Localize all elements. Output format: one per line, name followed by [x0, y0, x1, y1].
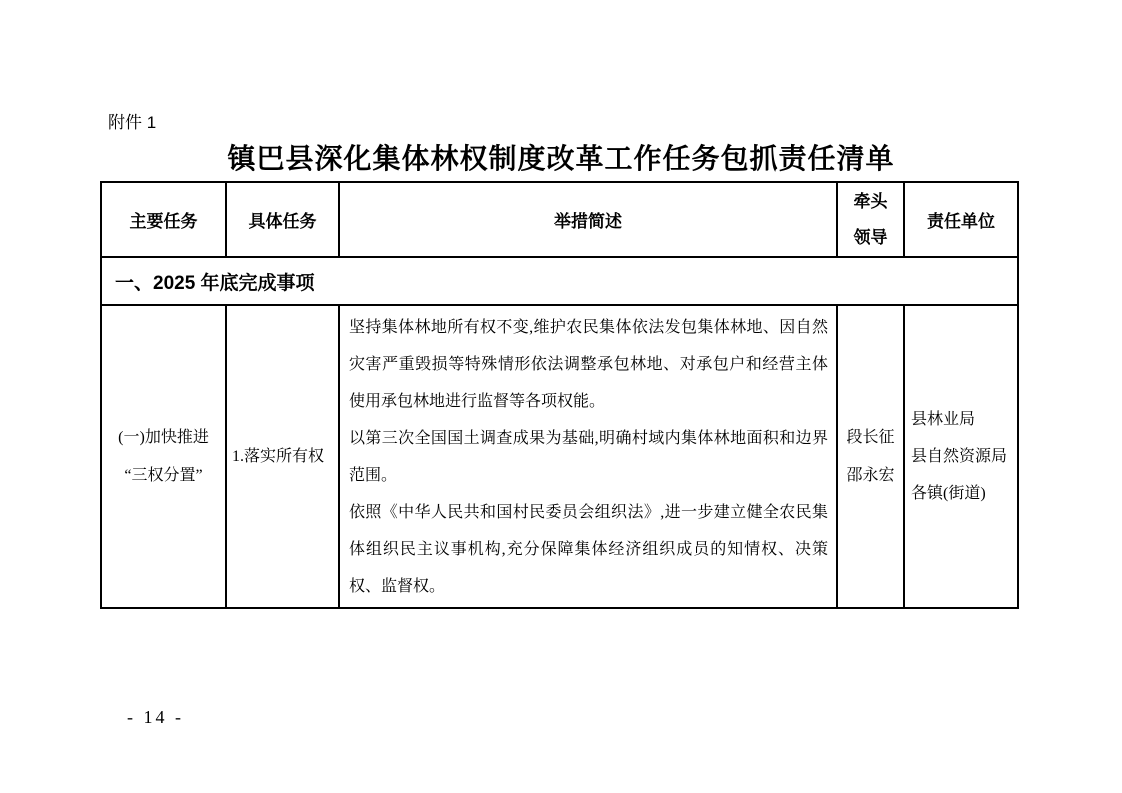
main-task-cell: (一)加快推进 “三权分置” [101, 305, 226, 608]
main-task-line2: “三权分置” [104, 457, 223, 495]
specific-task-cell: 1.落实所有权 [226, 305, 339, 608]
lead-leader-cell: 段长征 邵永宏 [837, 305, 904, 608]
measures-cell: 坚持集体林地所有权不变,维护农民集体依法发包集体林地、因自然灾害严重毁损等特殊情… [339, 305, 837, 608]
section-title: 一、2025 年底完成事项 [101, 257, 1018, 305]
measure-paragraph-3: 依照《中华人民共和国村民委员会组织法》,进一步建立健全农民集体组织民主议事机构,… [349, 494, 828, 605]
lead-leader-name-2: 邵永宏 [838, 457, 903, 495]
table-header-row: 主要任务 具体任务 举措简述 牵头 领导 责任单位 [101, 182, 1018, 257]
lead-leader-name-1: 段长征 [838, 419, 903, 457]
column-header-specific-task: 具体任务 [226, 182, 339, 257]
column-header-main-task: 主要任务 [101, 182, 226, 257]
responsible-unit-2: 县自然资源局 [911, 438, 1015, 475]
column-header-measures: 举措简述 [339, 182, 837, 257]
responsible-unit-1: 县林业局 [911, 401, 1015, 438]
measure-paragraph-1: 坚持集体林地所有权不变,维护农民集体依法发包集体林地、因自然灾害严重毁损等特殊情… [349, 309, 828, 420]
section-row: 一、2025 年底完成事项 [101, 257, 1018, 305]
task-table: 主要任务 具体任务 举措简述 牵头 领导 责任单位 一、2025 年底完成事项 … [100, 181, 1019, 609]
task-row: (一)加快推进 “三权分置” 1.落实所有权 坚持集体林地所有权不变,维护农民集… [101, 305, 1018, 608]
column-header-responsible-unit: 责任单位 [904, 182, 1018, 257]
attachment-label: 附件 1 [108, 111, 156, 135]
page-number: - 14 - [127, 707, 184, 728]
lead-leader-header-line1: 牵头 [838, 184, 903, 220]
column-header-lead-leader: 牵头 领导 [837, 182, 904, 257]
document-page: 附件 1 镇巴县深化集体林权制度改革工作任务包抓责任清单 主要任务 具体任务 举… [0, 0, 1122, 793]
page-title: 镇巴县深化集体林权制度改革工作任务包抓责任清单 [0, 141, 1122, 177]
responsible-unit-3: 各镇(街道) [911, 475, 1015, 512]
lead-leader-header-line2: 领导 [838, 220, 903, 256]
measure-paragraph-2: 以第三次全国国土调查成果为基础,明确村域内集体林地面积和边界范围。 [349, 420, 828, 494]
responsible-unit-cell: 县林业局 县自然资源局 各镇(街道) [904, 305, 1018, 608]
main-task-line1: (一)加快推进 [104, 419, 223, 457]
